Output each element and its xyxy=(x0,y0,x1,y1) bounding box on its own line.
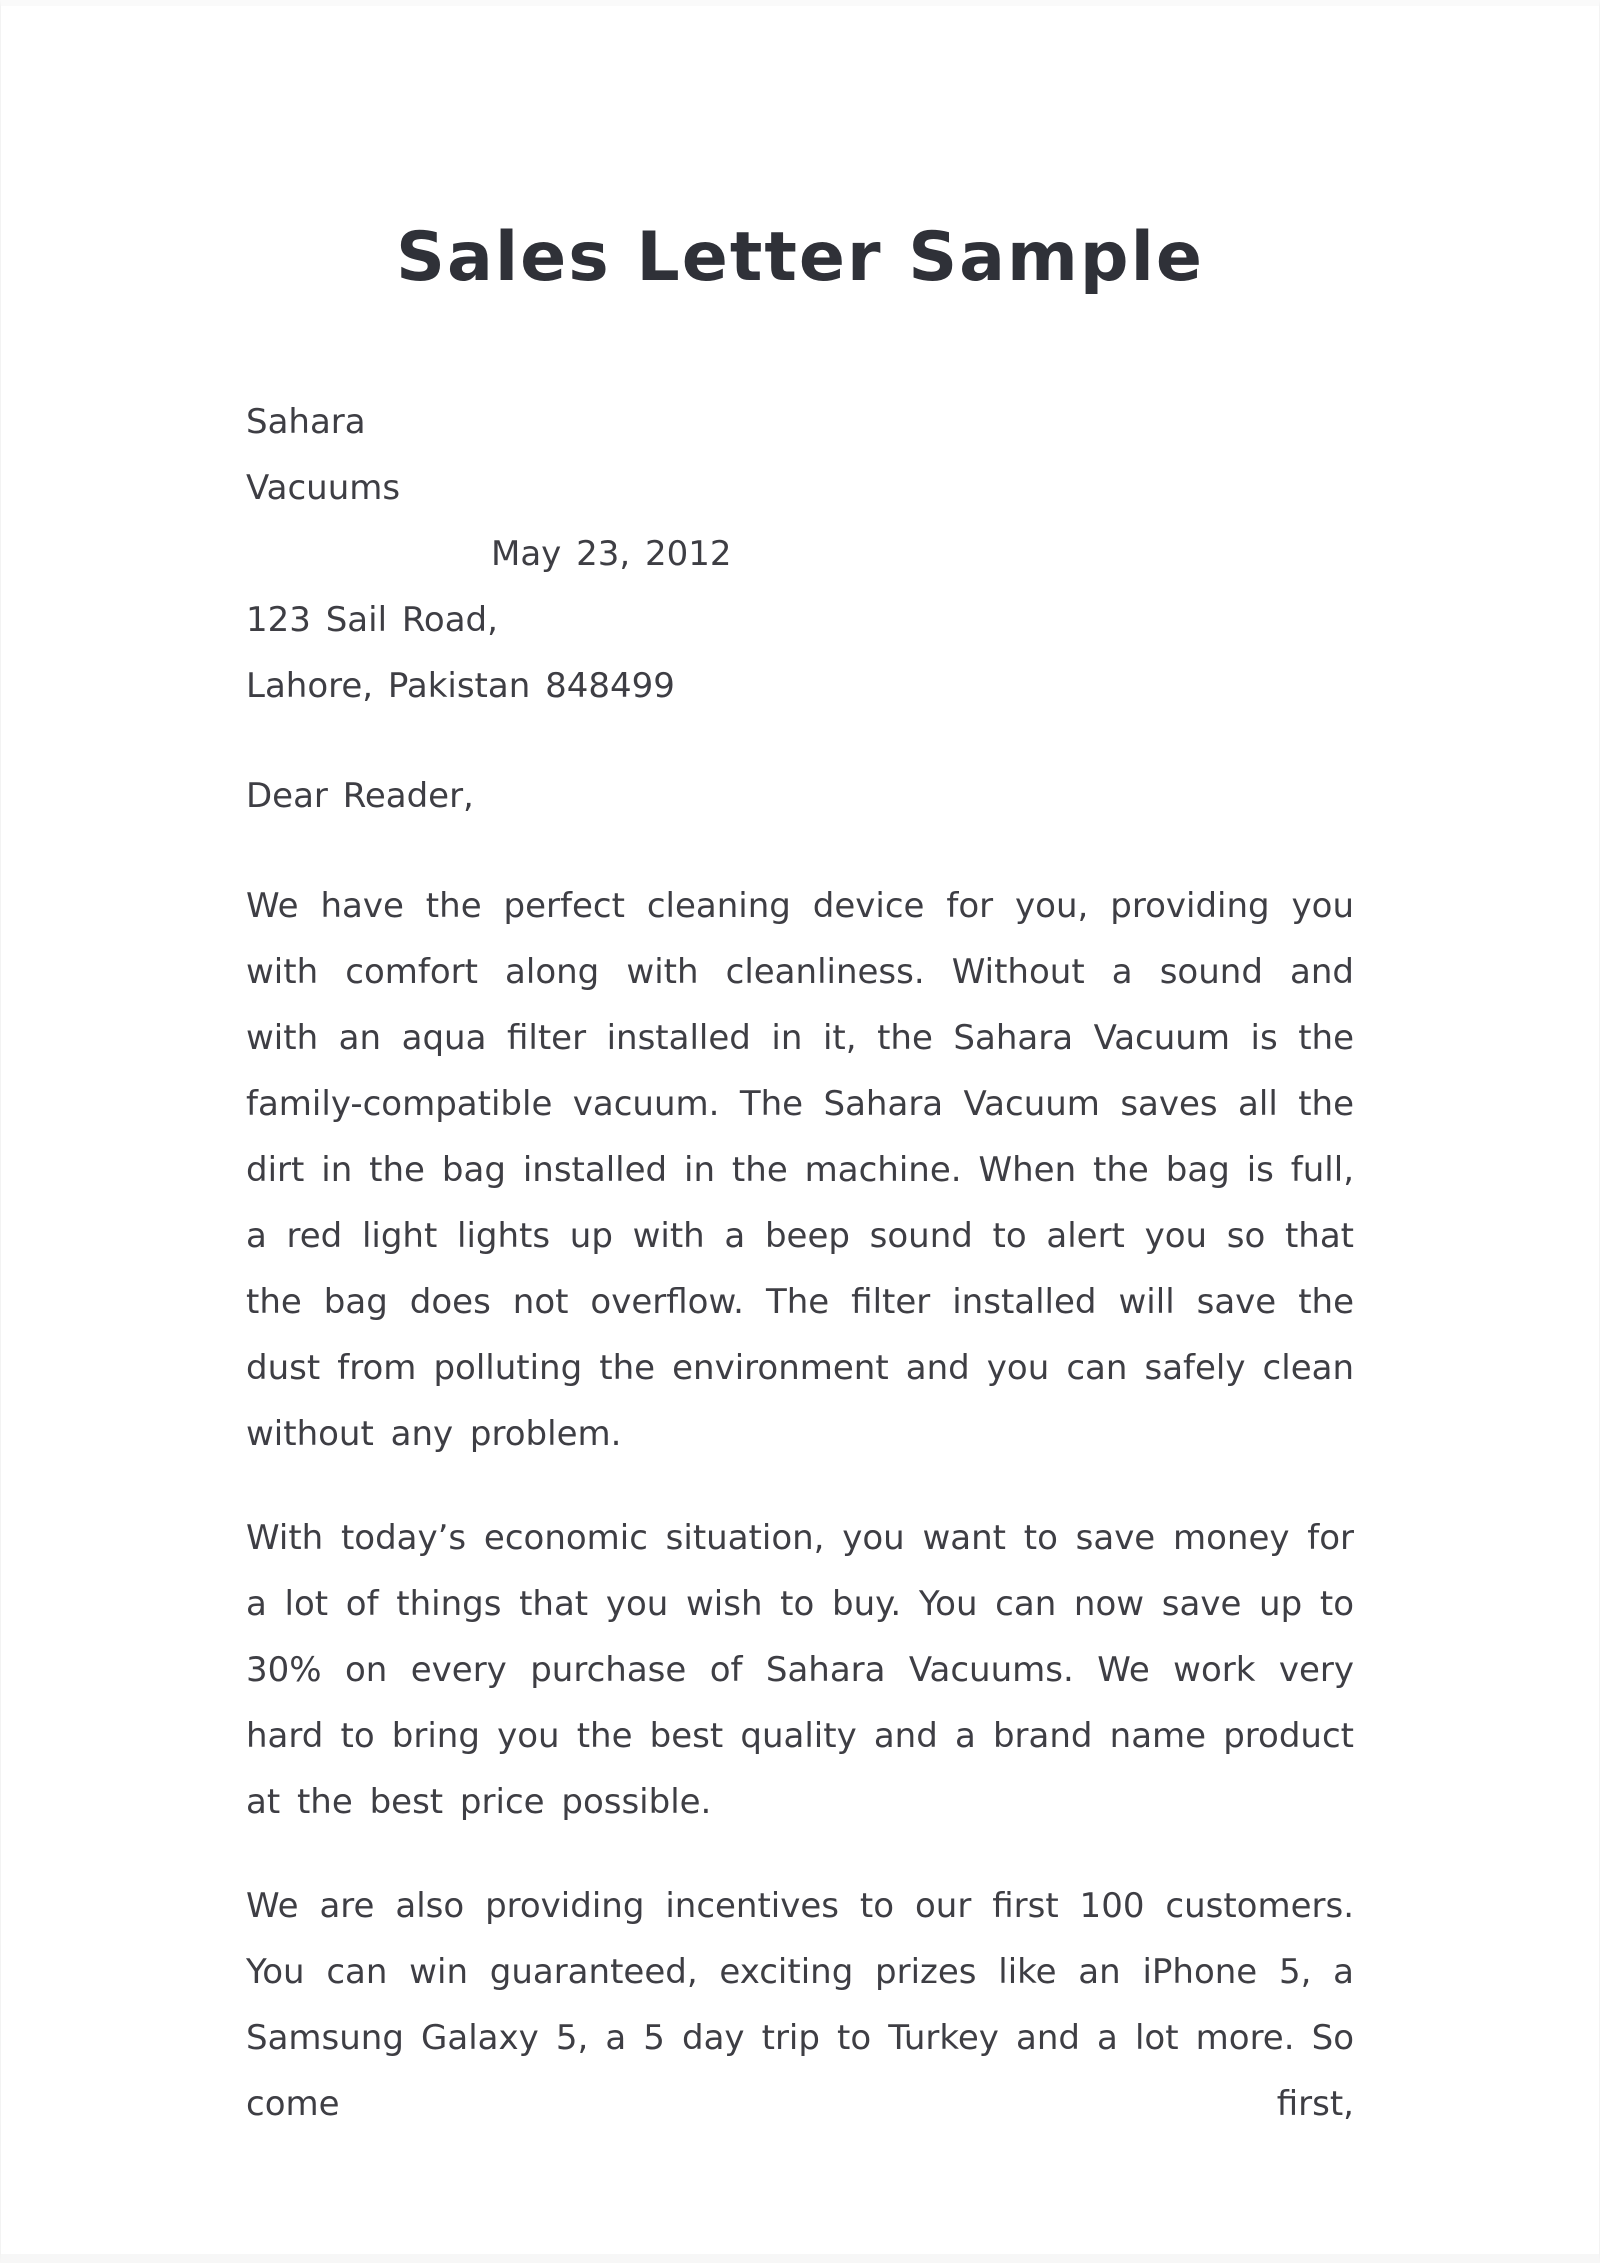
sender-line-company-2: Vacuums xyxy=(246,455,1354,521)
sender-address-block: Sahara Vacuums May 23, 2012 123 Sail Roa… xyxy=(246,389,1354,719)
paragraph-incentives: We are also providing incentives to our … xyxy=(246,1873,1354,2137)
paragraph-product-description: We have the perfect cleaning device for … xyxy=(246,873,1354,1467)
salutation: Dear Reader, xyxy=(246,763,1354,829)
paragraph-savings-offer: With today’s economic situation, you wan… xyxy=(246,1505,1354,1835)
address-city: Lahore, Pakistan 848499 xyxy=(246,653,1354,719)
address-street: 123 Sail Road, xyxy=(246,587,1354,653)
sender-line-company: Sahara xyxy=(246,389,1354,455)
letter-page: Sales Letter Sample Sahara Vacuums May 2… xyxy=(0,0,1600,2263)
page-title: Sales Letter Sample xyxy=(246,218,1354,297)
letter-date: May 23, 2012 xyxy=(246,521,1354,587)
